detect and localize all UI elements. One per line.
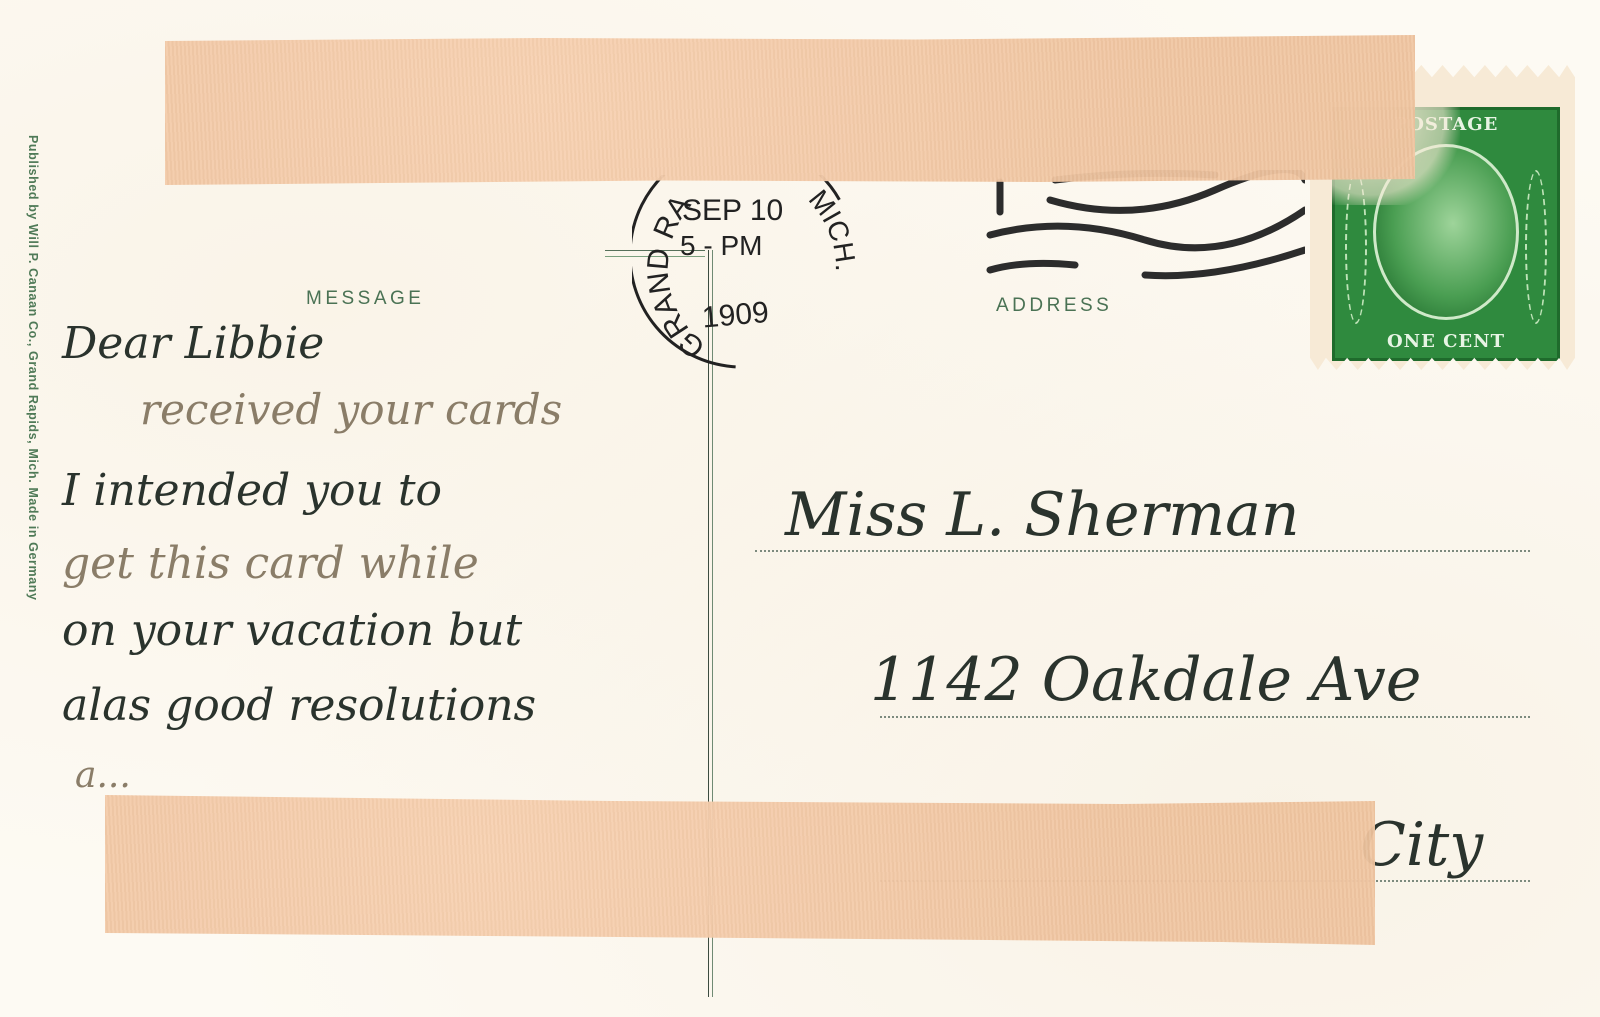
- address-line: 1142 Oakdale Ave: [870, 645, 1421, 715]
- message-line: I intended you to: [62, 465, 442, 516]
- message-line: on your vacation but: [62, 605, 522, 656]
- svg-text:MICH.: MICH.: [803, 184, 861, 272]
- publisher-imprint: Published by Will P. Canaan Co., Grand R…: [26, 135, 40, 601]
- laurel-right-icon: [1525, 170, 1547, 324]
- message-line: alas good resolutions: [62, 680, 536, 731]
- svg-text:SEP 10: SEP 10: [682, 194, 783, 227]
- message-line: a...: [75, 755, 131, 796]
- address-line-2: [880, 716, 1530, 718]
- tape-strip-bottom: [105, 795, 1375, 945]
- message-line: received your cards: [140, 385, 562, 434]
- message-line: get this card while: [62, 538, 479, 589]
- address-line: City: [1360, 810, 1483, 880]
- address-line: Miss L. Sherman: [785, 480, 1300, 550]
- postcard-back: Published by Will P. Canaan Co., Grand R…: [0, 0, 1600, 1017]
- cancellation-waves-icon: [985, 170, 1305, 300]
- stamp-bottom-text: ONE CENT: [1335, 331, 1557, 352]
- tape-strip-top: [165, 35, 1415, 185]
- svg-text:1909: 1909: [701, 296, 770, 335]
- postmark-icon: GRAND RAPIDS MICH. SEP 10 5 - PM 1909: [632, 175, 872, 415]
- address-line-1: [755, 550, 1530, 552]
- message-line: Dear Libbie: [62, 318, 324, 369]
- message-label: MESSAGE: [306, 288, 424, 310]
- svg-text:5 - PM: 5 - PM: [680, 230, 762, 261]
